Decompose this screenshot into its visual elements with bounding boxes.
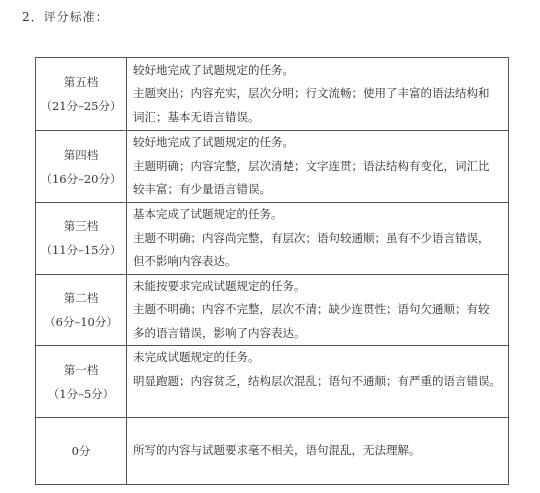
score-range: （6分–10分） [36,310,126,334]
description-line: 主题突出；内容充实，层次分明；行文流畅；使用了丰富的语法结构和 [133,82,504,106]
level-cell: 第二档 （6分–10分） [36,274,127,346]
description-line: 主题不明确；内容不完整，层次不清；缺少连贯性；语句欠通顺；有较 [133,298,504,322]
level-name: 0分 [36,439,126,463]
level-name: 第五档 [36,70,126,94]
description-line: 明显跑题；内容贫乏，结构层次混乱；语句不通顺；有严重的语言错误。 [133,370,504,394]
rubric-row-level-0: 0分 所写的内容与试题要求毫不相关，语句混乱，无法理解。 [36,418,509,485]
score-range: （16分–20分） [36,167,126,191]
description-cell: 未完成试题规定的任务。 明显跑题；内容贫乏，结构层次混乱；语句不通顺；有严重的语… [127,346,509,418]
level-name: 第二档 [36,286,126,310]
score-range: （1分–5分） [36,382,126,406]
rubric-row-level-2: 第二档 （6分–10分） 未能按要求完成试题规定的任务。 主题不明确；内容不完整… [36,274,509,346]
description-line: 但不影响内容表达。 [133,250,504,274]
description-line [133,393,504,417]
score-range: （11分–15分） [36,238,126,262]
description-line: 较好地完成了试题规定的任务。 [133,131,504,155]
rubric-row-level-3: 第三档 （11分–15分） 基本完成了试题规定的任务。 主题不明确；内容尚完整，… [36,203,509,275]
score-range: （21分–25分） [36,94,126,118]
level-name: 第四档 [36,143,126,167]
rubric-row-level-5: 第五档 （21分–25分） 较好地完成了试题规定的任务。 主题突出；内容充实，层… [36,58,509,131]
level-cell: 第五档 （21分–25分） [36,58,127,131]
description-cell: 所写的内容与试题要求毫不相关，语句混乱，无法理解。 [127,418,509,485]
level-cell: 第一档 （1分–5分） [36,346,127,418]
level-name: 第三档 [36,214,126,238]
level-cell: 第四档 （16分–20分） [36,131,127,203]
rubric-row-level-4: 第四档 （16分–20分） 较好地完成了试题规定的任务。 主题明确；内容完整，层… [36,131,509,203]
description-line: 主题明确；内容完整，层次清楚；文字连贯；语法结构有变化，词汇比 [133,155,504,179]
description-line: 较丰富；有少量语言错误。 [133,178,504,202]
level-cell: 第三档 （11分–15分） [36,203,127,275]
description-line: 主题不明确；内容尚完整，有层次；语句较通顺；虽有不少语言错误， [133,227,504,251]
description-line: 未能按要求完成试题规定的任务。 [133,275,504,299]
level-name: 第一档 [36,358,126,382]
description-line: 所写的内容与试题要求毫不相关，语句混乱，无法理解。 [133,439,504,463]
description-cell: 较好地完成了试题规定的任务。 主题突出；内容充实，层次分明；行文流畅；使用了丰富… [127,58,509,131]
description-cell: 较好地完成了试题规定的任务。 主题明确；内容完整，层次清楚；文字连贯；语法结构有… [127,131,509,203]
description-cell: 未能按要求完成试题规定的任务。 主题不明确；内容不完整，层次不清；缺少连贯性；语… [127,274,509,346]
description-line: 未完成试题规定的任务。 [133,346,504,370]
description-line: 基本完成了试题规定的任务。 [133,203,504,227]
rubric-row-level-1: 第一档 （1分–5分） 未完成试题规定的任务。 明显跑题；内容贫乏，结构层次混乱… [36,346,509,418]
section-heading: 2．评分标准： [22,8,109,25]
description-line: 词汇；基本无语言错误。 [133,106,504,130]
description-line: 较好地完成了试题规定的任务。 [133,59,504,83]
description-line: 多的语言错误，影响了内容表达。 [133,322,504,346]
description-cell: 基本完成了试题规定的任务。 主题不明确；内容尚完整，有层次；语句较通顺；虽有不少… [127,203,509,275]
level-cell: 0分 [36,418,127,485]
scoring-rubric-table: 第五档 （21分–25分） 较好地完成了试题规定的任务。 主题突出；内容充实，层… [35,57,509,485]
